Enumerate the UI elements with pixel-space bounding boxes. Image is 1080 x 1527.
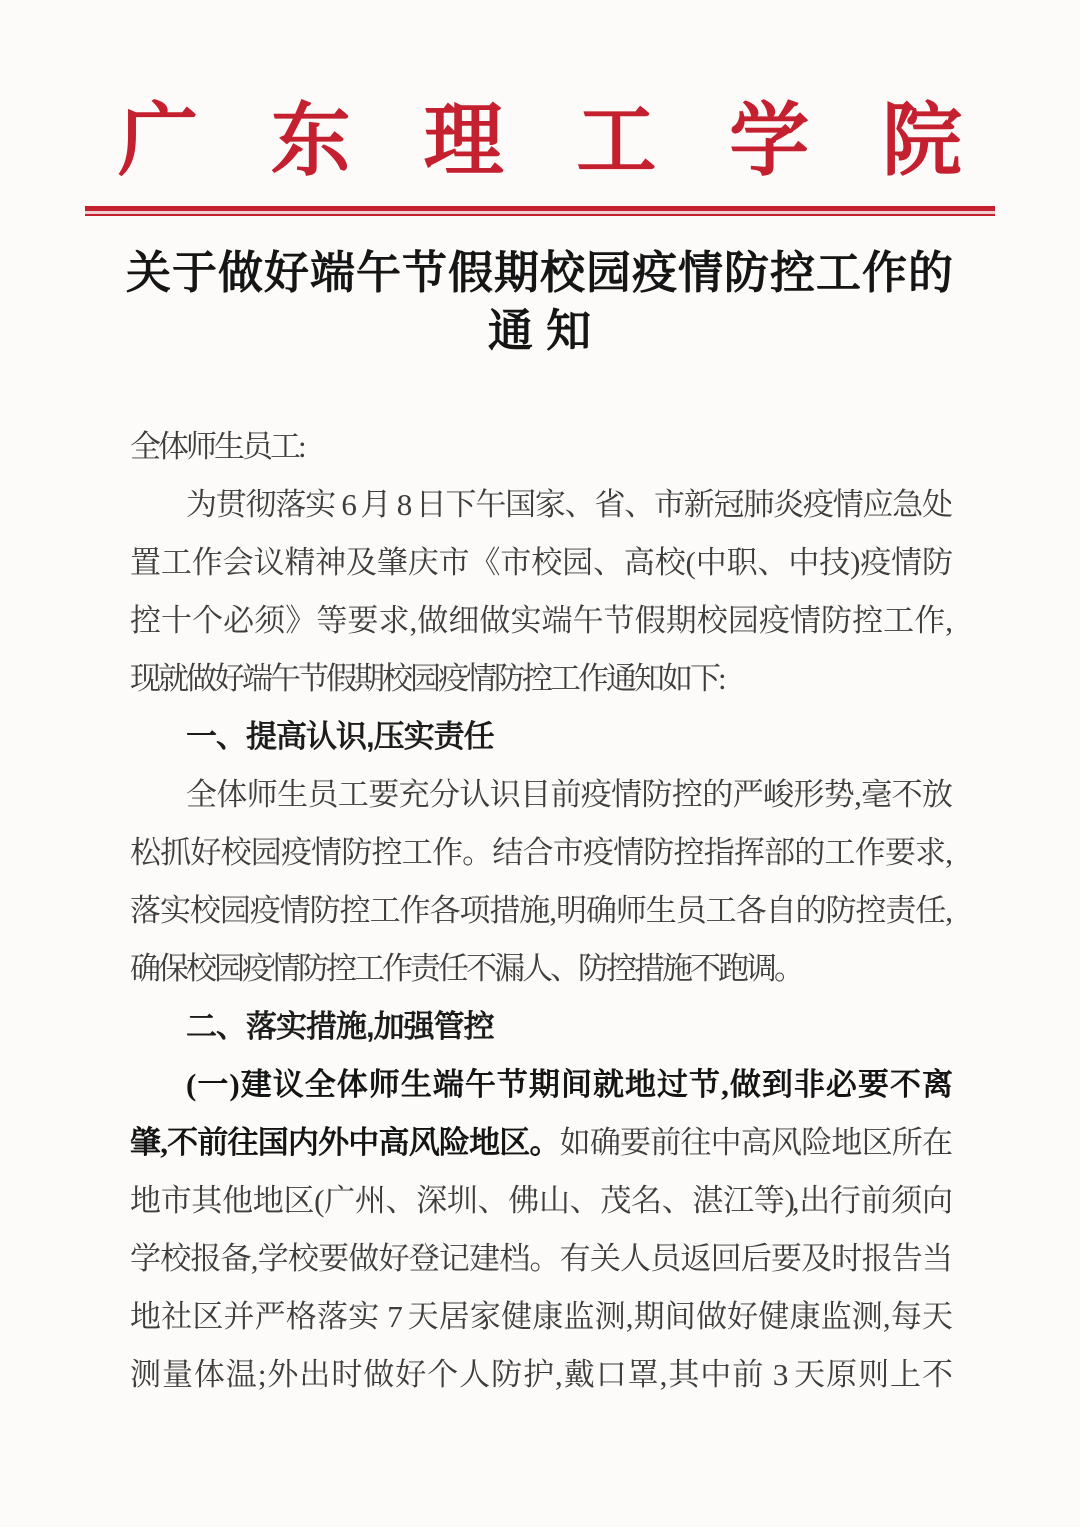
- letterhead-char: 理: [424, 92, 504, 192]
- notice-body: 全体师生员工: 为贯彻落实 6 月 8 日下午国家、省、市新冠肺炎疫情应急处 置…: [130, 418, 950, 1404]
- letterhead-char: 东: [271, 92, 351, 192]
- letterhead-school-name: 广 东 理 工 学 院: [118, 92, 962, 192]
- notice-title-line2: 通 知: [0, 302, 1080, 360]
- body-line: 现就做好端午节假期校园疫情防控工作通知如下:: [130, 650, 950, 708]
- letterhead-char: 院: [882, 92, 962, 192]
- body-line: 测量体温;外出时做好个人防护,戴口罩,其中前 3 天原则上不: [130, 1346, 950, 1404]
- body-line: 确保校园疫情防控工作责任不漏人、防控措施不跑调。: [130, 940, 950, 998]
- body-line: 落实校园疫情防控工作各项措施,明确师生员工各自的防控责任,: [130, 882, 950, 940]
- section1-heading: 一、提高认识,压实责任: [130, 708, 950, 766]
- section2-heading: 二、落实措施,加强管控: [130, 998, 950, 1056]
- notice-document-page: 广 东 理 工 学 院 关于做好端午节假期校园疫情防控工作的 通 知 全体师生员…: [0, 0, 1080, 1527]
- body-line: 学校报备,学校要做好登记建档。有关人员返回后要及时报告当: [130, 1230, 950, 1288]
- salutation-line: 全体师生员工:: [130, 418, 950, 476]
- letterhead-char: 学: [729, 92, 809, 192]
- body-line: 置工作会议精神及肇庆市《市校园、高校(中职、中技)疫情防: [130, 534, 950, 592]
- letterhead-char: 工: [576, 92, 656, 192]
- letterhead-char: 广: [118, 92, 198, 192]
- divider-thin-line: [85, 214, 995, 216]
- letterhead-divider-rule: [85, 206, 995, 216]
- notice-title: 关于做好端午节假期校园疫情防控工作的 通 知: [0, 244, 1080, 360]
- body-line: 地社区并严格落实 7 天居家健康监测,期间做好健康监测,每天: [130, 1288, 950, 1346]
- body-line: 全体师生员工要充分认识目前疫情防控的严峻形势,毫不放: [130, 766, 950, 824]
- regular-text-run: 如确要前往中高风险地区所在: [560, 1125, 950, 1160]
- notice-title-line1: 关于做好端午节假期校园疫情防控工作的: [0, 244, 1080, 302]
- body-line: 地市其他地区(广州、深圳、佛山、茂名、湛江等),出行前须向: [130, 1172, 950, 1230]
- body-line-bold: (一)建议全体师生端午节期间就地过节,做到非必要不离: [130, 1056, 950, 1114]
- bold-text-run: 肇,不前往国内外中高风险地区。: [130, 1125, 560, 1160]
- body-line: 控十个必须》等要求,做细做实端午节假期校园疫情防控工作,: [130, 592, 950, 650]
- body-line-mixed: 肇,不前往国内外中高风险地区。如确要前往中高风险地区所在: [130, 1114, 950, 1172]
- body-line: 松抓好校园疫情防控工作。结合市疫情防控指挥部的工作要求,: [130, 824, 950, 882]
- body-line: 为贯彻落实 6 月 8 日下午国家、省、市新冠肺炎疫情应急处: [130, 476, 950, 534]
